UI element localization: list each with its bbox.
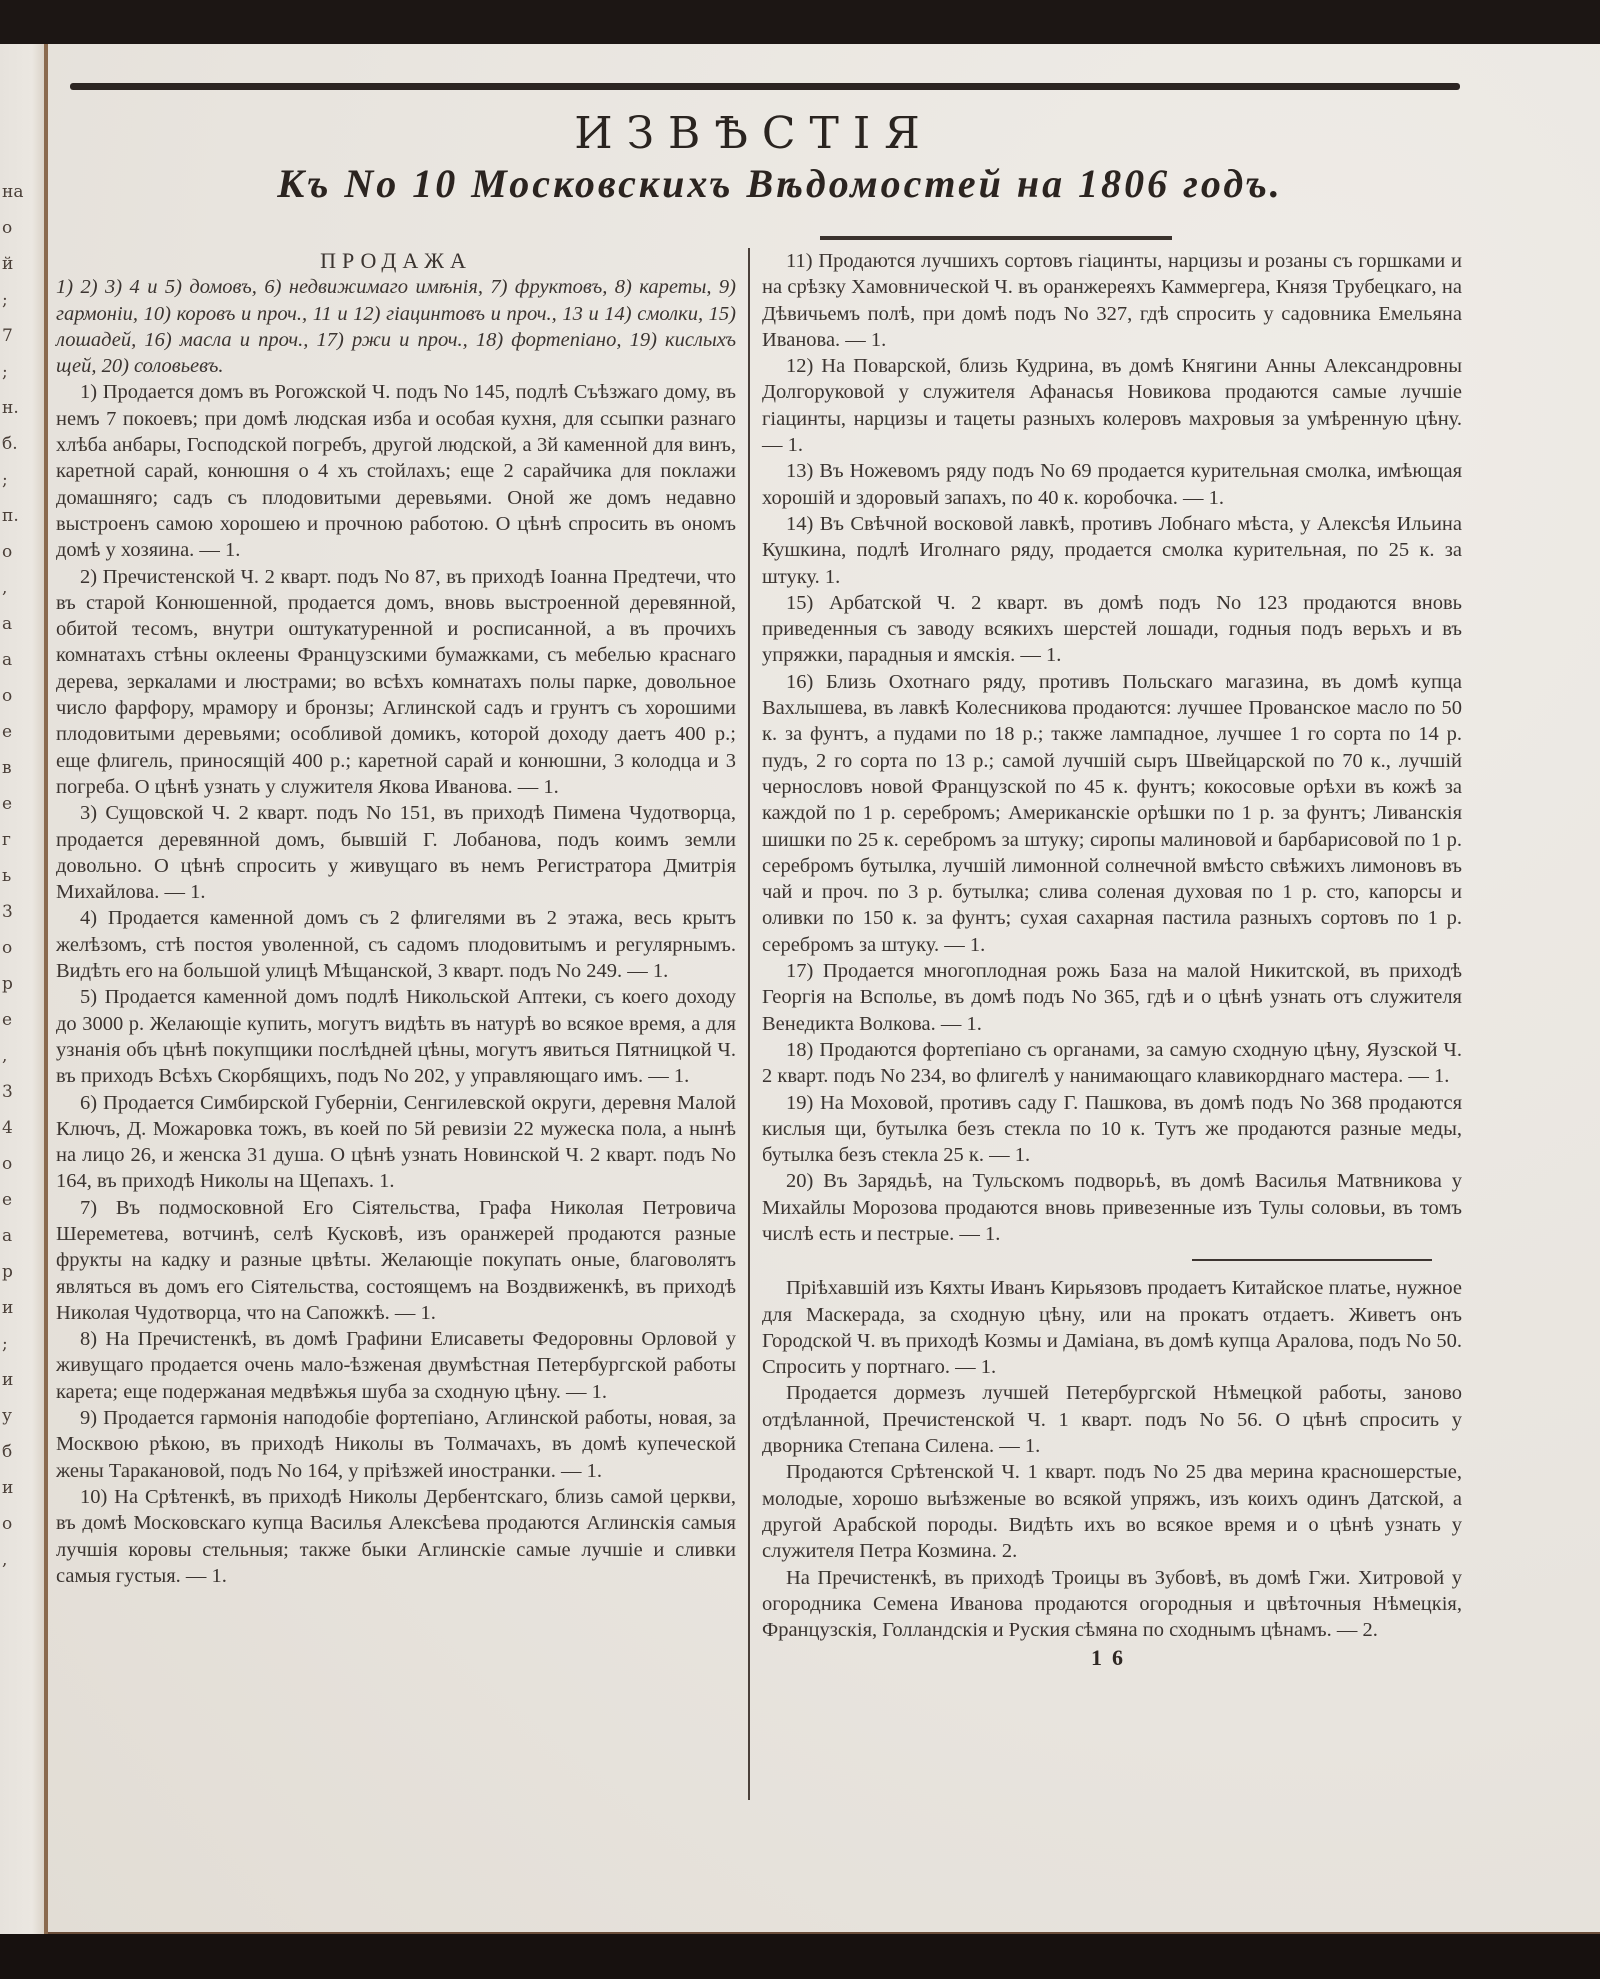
advertisement: 6) Продается Симбирской Губерніи, Сенгил… (56, 1090, 736, 1195)
scanner-frame-top (0, 0, 1600, 48)
previous-page-text-fragment: и (2, 1362, 13, 1398)
advertisement: 3) Сущовской Ч. 2 кварт. подъ No 151, въ… (56, 800, 736, 905)
previous-page-text-fragment: 3 (2, 894, 13, 930)
page-number: 16 (762, 1645, 1462, 1671)
previous-page-text-fragment: ; (2, 1326, 8, 1362)
previous-page-text-fragment: е (2, 1182, 12, 1218)
advertisement: 15) Арбатской Ч. 2 кварт. въ домѣ подъ N… (762, 590, 1462, 669)
masthead-subtitle: Къ No 10 Московскихъ Вѣдомостей на 1806 … (100, 160, 1460, 207)
previous-page-text-fragment: о (2, 210, 12, 246)
previous-page-text-fragment: ; (2, 354, 8, 390)
masthead-title: ИЗВѢСТІЯ (48, 108, 1460, 159)
previous-page-text-fragment: е (2, 1002, 12, 1038)
section-index: 1) 2) 3) 4 и 5) домовъ, 6) недвижимаго и… (56, 274, 736, 379)
previous-page-text-fragment: о (2, 534, 12, 570)
advertisement: 18) Продаются фортепіано съ органами, за… (762, 1037, 1462, 1090)
advertisement: 8) На Пречистенкѣ, въ домѣ Графини Елиса… (56, 1326, 736, 1405)
advertisement: 14) Въ Свѣчной восковой лавкѣ, противъ Л… (762, 511, 1462, 590)
advertisement: 11) Продаются лучшихъ сортовъ гіацинты, … (762, 248, 1462, 353)
previous-page-text-fragment: у (2, 1398, 12, 1434)
left-column: ПРОДАЖА 1) 2) 3) 4 и 5) домовъ, 6) недви… (56, 248, 736, 1589)
advertisement: Пріѣхавшій изъ Кяхты Иванъ Кирьязовъ про… (762, 1275, 1462, 1380)
previous-page-text-fragment: а (2, 1218, 12, 1254)
previous-page-text-fragment: , (2, 570, 7, 606)
previous-page-text-fragment: о (2, 930, 12, 966)
section-separator (1192, 1259, 1432, 1261)
previous-page-edge: наой;7;н.б.;п.о,ааоевегь3оре,34оеари;иуб… (0, 44, 46, 1934)
previous-page-text-fragment: , (2, 1038, 7, 1074)
advertisement: 10) На Срѣтенкѣ, въ приходѣ Николы Дербе… (56, 1484, 736, 1589)
advertisement: 16) Близь Охотнаго ряду, противъ Польска… (762, 669, 1462, 958)
previous-page-text-fragment: й (2, 246, 13, 282)
previous-page-text-fragment: на (2, 174, 23, 210)
advertisement: 9) Продается гармонія наподобіе фортепіа… (56, 1405, 736, 1484)
previous-page-text-fragment: р (2, 966, 13, 1002)
previous-page-text-fragment: , (2, 1542, 7, 1578)
scanner-frame-bottom (0, 1934, 1600, 1979)
advertisement: Продается дормезъ лучшей Петербургской Н… (762, 1380, 1462, 1459)
previous-page-text-fragment: и (2, 1290, 13, 1326)
previous-page-text-fragment: р (2, 1254, 13, 1290)
advertisement: 7) Въ подмосковной Его Сіятельства, Граф… (56, 1195, 736, 1326)
advertisement: 17) Продается многоплодная рожь База на … (762, 958, 1462, 1037)
previous-page-text-fragment: 7 (2, 318, 13, 354)
previous-page-text-fragment: и (2, 1470, 13, 1506)
advertisement: 19) На Моховой, противъ саду Г. Пашкова,… (762, 1090, 1462, 1169)
previous-page-text-fragment: а (2, 606, 12, 642)
previous-page-text-fragment: п. (2, 498, 19, 534)
column-divider (748, 248, 750, 1800)
advertisement: 2) Пречистенской Ч. 2 кварт. подъ No 87,… (56, 564, 736, 801)
advertisement: 1) Продается домъ въ Рогожской Ч. подъ N… (56, 379, 736, 563)
previous-page-text-fragment: о (2, 678, 12, 714)
advertisement: 13) Въ Ножевомъ ряду подъ No 69 продаетс… (762, 458, 1462, 511)
previous-page-text-fragment: в (2, 750, 12, 786)
advertisement: 20) Въ Зарядьѣ, на Тульскомъ подворьѣ, в… (762, 1168, 1462, 1247)
previous-page-text-fragment: о (2, 1506, 12, 1542)
previous-page-text-fragment: б. (2, 426, 18, 462)
previous-page-text-fragment: е (2, 786, 12, 822)
right-column: 11) Продаются лучшихъ сортовъ гіацинты, … (762, 248, 1462, 1672)
advertisement: На Пречистенкѣ, въ приходѣ Троицы въ Зуб… (762, 1565, 1462, 1644)
previous-page-text-fragment: 3 (2, 1074, 13, 1110)
advertisement: 12) На Поварской, близь Кудрина, въ домѣ… (762, 353, 1462, 458)
previous-page-text-fragment: а (2, 642, 12, 678)
advertisement: Продаются Срѣтенской Ч. 1 кварт. подъ No… (762, 1459, 1462, 1564)
section-title: ПРОДАЖА (56, 248, 736, 274)
previous-page-text-fragment: ; (2, 282, 8, 318)
advertisement: 5) Продается каменной домъ подлѣ Никольс… (56, 984, 736, 1089)
previous-page-text-fragment: г (2, 822, 11, 858)
previous-page-text-fragment: е (2, 714, 12, 750)
top-rule (70, 83, 1460, 90)
previous-page-text-fragment: 4 (2, 1110, 13, 1146)
previous-page-text-fragment: б (2, 1434, 12, 1470)
previous-page-text-fragment: ; (2, 462, 8, 498)
advertisement: 4) Продается каменной домъ съ 2 флигелям… (56, 905, 736, 984)
previous-page-text-fragment: ь (2, 858, 11, 894)
previous-page-text-fragment: о (2, 1146, 12, 1182)
subtitle-rule (820, 236, 1172, 240)
previous-page-text-fragment: н. (2, 390, 19, 426)
